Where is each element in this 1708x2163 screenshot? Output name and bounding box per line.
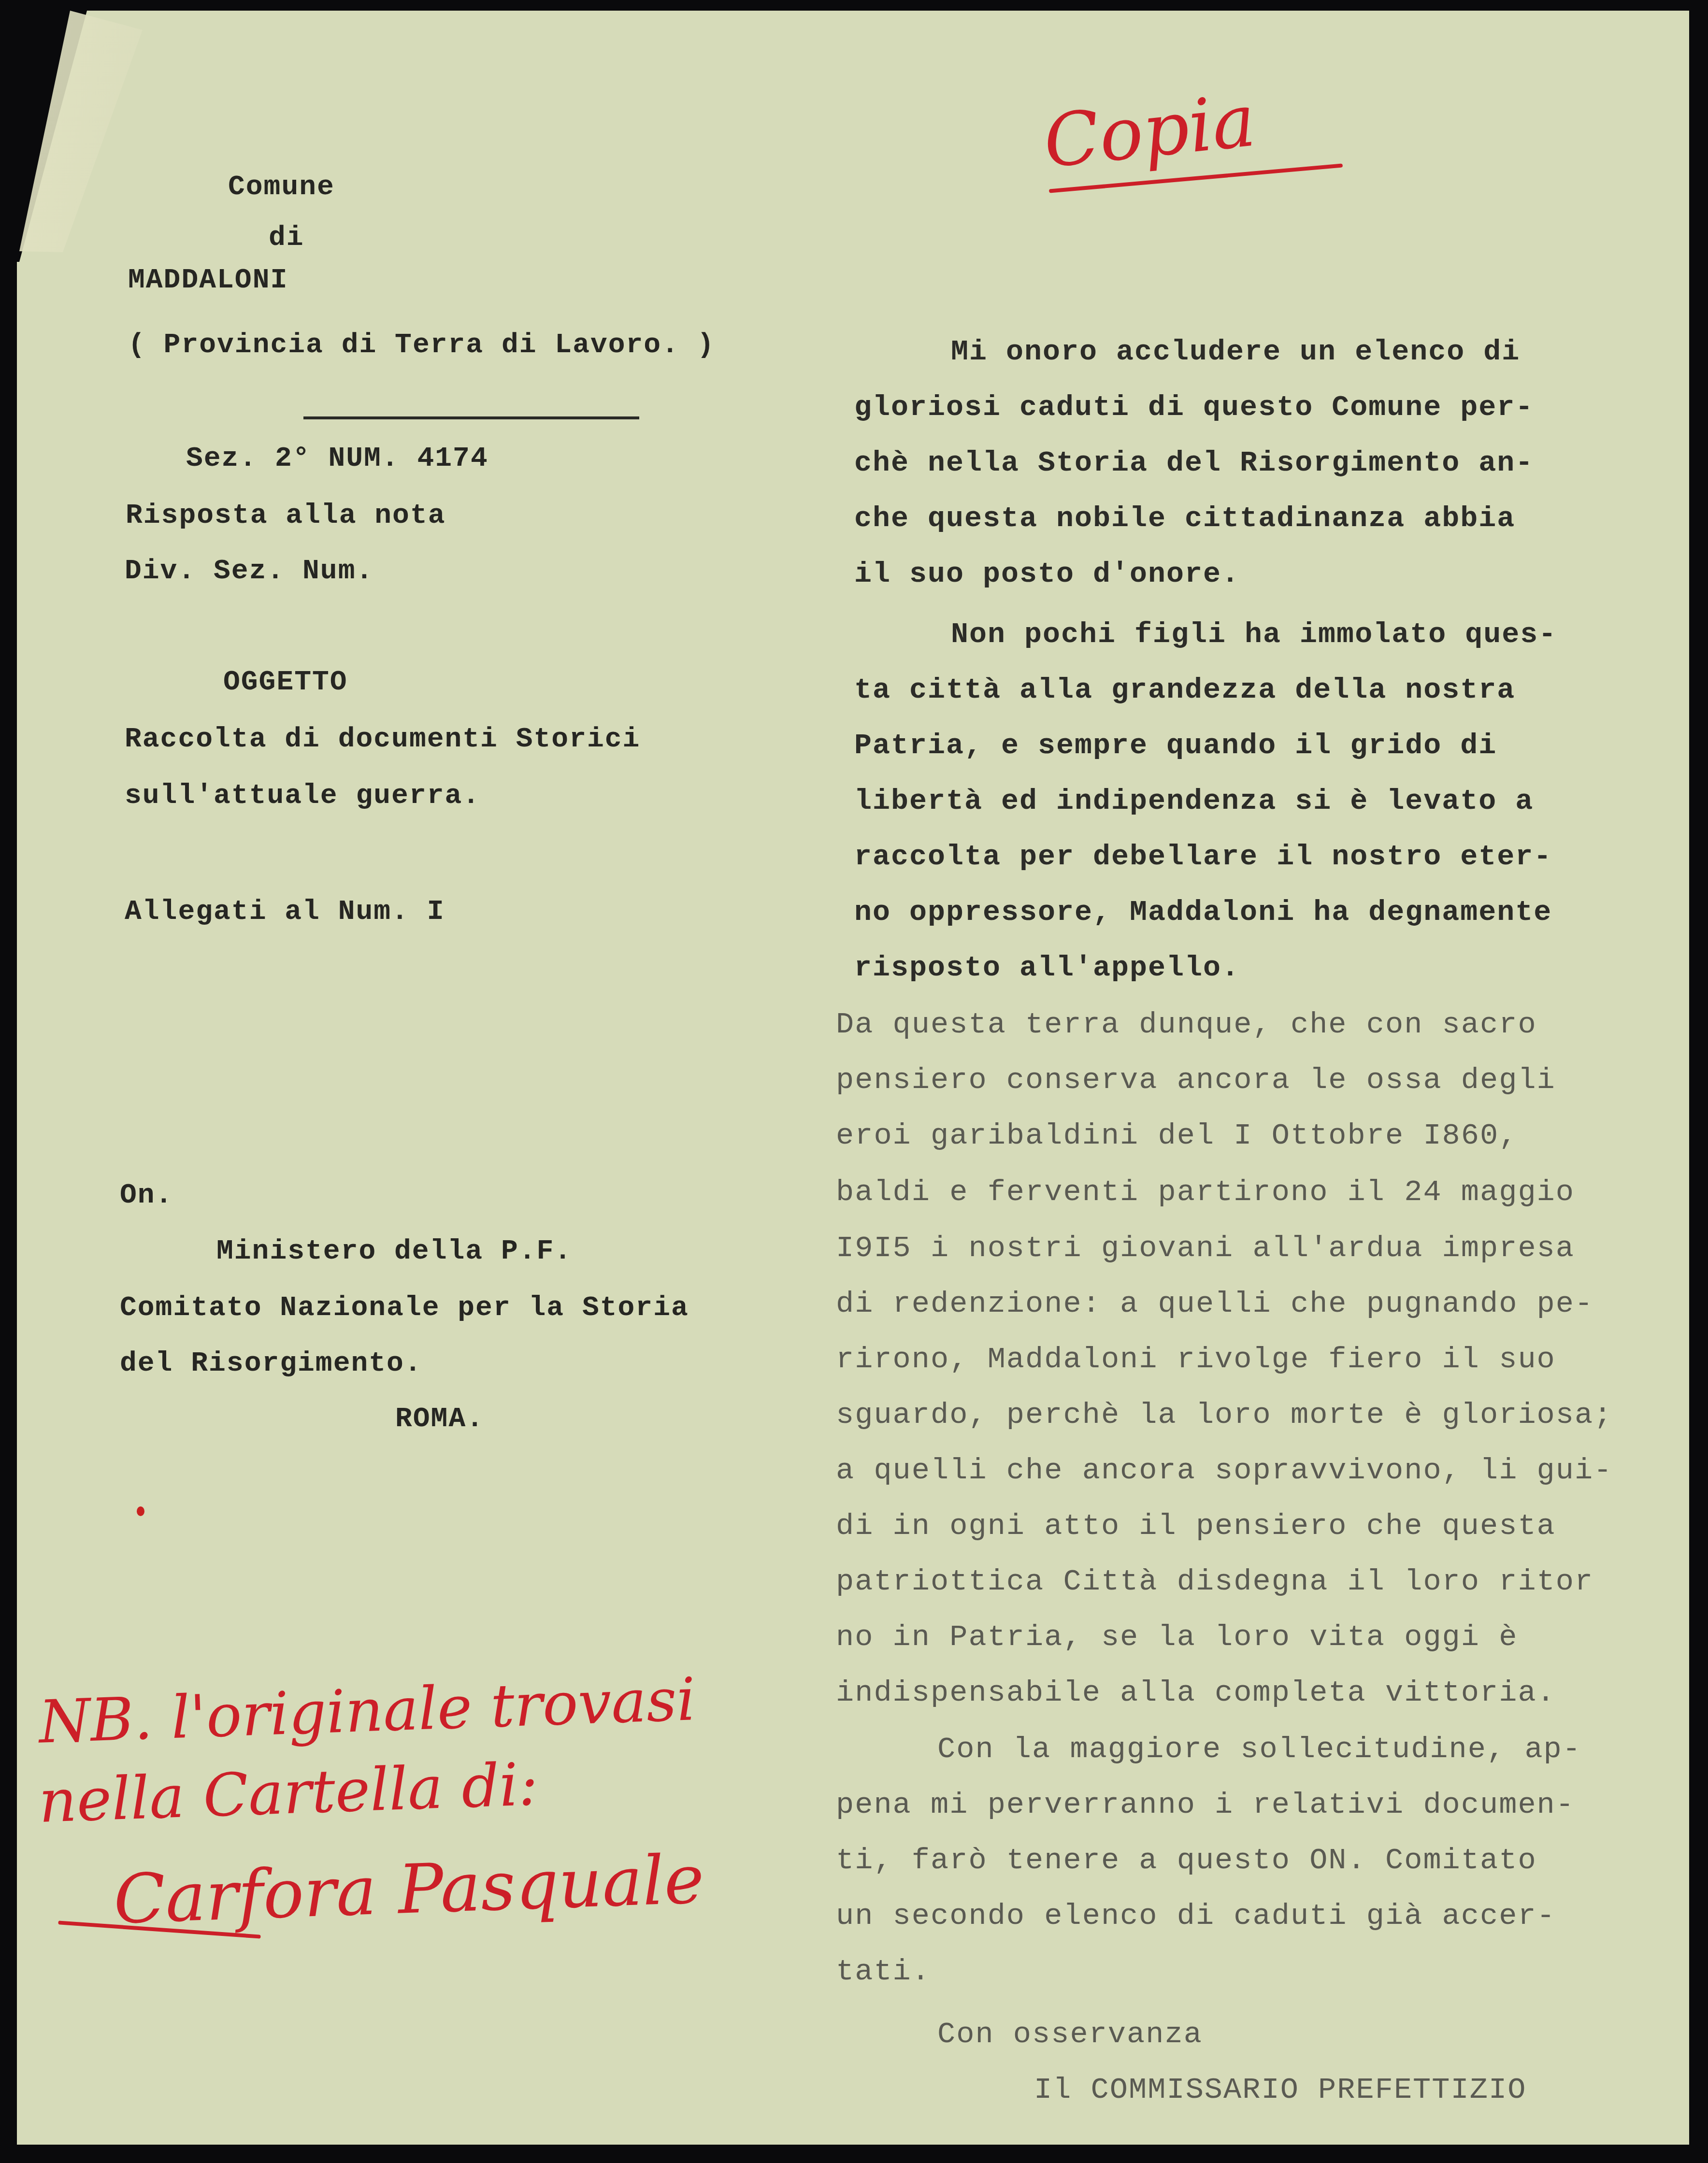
red-ink-dot — [137, 1506, 144, 1516]
body-p3-l11: patriottica Città disdegna il loro ritor — [836, 1564, 1593, 1599]
body-p1-l3: chè nella Storia del Risorgimento an- — [854, 447, 1534, 480]
subject-line-1: Raccolta di documenti Storici — [125, 724, 640, 755]
body-p1-l5: il suo posto d'onore. — [854, 558, 1240, 591]
addressee-line-1: Ministero della P.F. — [216, 1236, 572, 1267]
body-p4-l4: un secondo elenco di caduti già accer- — [836, 1899, 1556, 1933]
body-p3-l1: Da questa terra dunque, che con sacro — [836, 1007, 1537, 1042]
body-p3-l3: eroi garibaldini del I Ottobre I860, — [836, 1118, 1518, 1153]
body-p2-l6: no oppressore, Maddaloni ha degnamente — [854, 896, 1552, 929]
body-p3-l10: di in ogni atto il pensiero che questa — [836, 1509, 1556, 1543]
body-p1-l4: che questa nobile cittadinanza abbia — [854, 502, 1515, 535]
subject-line-2: sull'attuale guerra. — [125, 780, 480, 812]
letterhead-city: MADDALONI — [128, 265, 288, 296]
body-p4-l2: pena mi perverranno i relativi documen- — [836, 1788, 1575, 1822]
body-p4-l5: tati. — [836, 1954, 931, 1989]
body-p3-l8: sguardo, perchè la loro morte è gloriosa… — [836, 1398, 1612, 1432]
body-p3-l7: rirono, Maddaloni rivolge fiero il suo — [836, 1342, 1556, 1376]
body-p3-l9: a quelli che ancora sopravvivono, li gui… — [836, 1453, 1612, 1488]
subject-label: OGGETTO — [223, 667, 348, 698]
letterhead-province: ( Provincia di Terra di Lavoro. ) — [128, 329, 715, 361]
addressee-line-3: del Risorgimento. — [120, 1348, 422, 1379]
body-p3-l6: di redenzione: a quelli che pugnando pe- — [836, 1287, 1593, 1321]
body-p2-l3: Patria, e sempre quando il grido di — [854, 730, 1497, 762]
body-p2-l7: risposto all'appello. — [854, 952, 1240, 985]
header-divider — [303, 416, 639, 419]
body-p3-l2: pensiero conserva ancora le ossa degli — [836, 1063, 1556, 1097]
protocol-number: Sez. 2° NUM. 4174 — [186, 443, 488, 474]
reply-to-label: Risposta alla nota — [126, 500, 446, 531]
body-p2-l5: raccolta per debellare il nostro eter- — [854, 841, 1552, 874]
div-sez-num-label: Div. Sez. Num. — [125, 556, 373, 587]
attachments-label: Allegati al Num. I — [125, 896, 445, 928]
body-p4-l3: ti, farò tenere a questo ON. Comitato — [836, 1843, 1537, 1877]
letterhead-comune: Comune — [228, 172, 335, 203]
body-p2-l4: libertà ed indipendenza si è levato a — [854, 785, 1534, 818]
addressee-city: ROMA. — [395, 1404, 484, 1435]
body-p1-l1: Mi onoro accludere un elenco di — [951, 336, 1520, 369]
body-p2-l2: ta città alla grandezza della nostra — [854, 674, 1515, 707]
body-p1-l2: gloriosi caduti di questo Comune per- — [854, 391, 1534, 424]
body-p3-l4: baldi e ferventi partirono il 24 maggio — [836, 1175, 1575, 1209]
addressee-salutation: On. — [120, 1180, 173, 1211]
letterhead-di: di — [269, 222, 304, 254]
body-p4-l1: Con la maggiore sollecitudine, ap- — [937, 1732, 1581, 1766]
body-p3-l12: no in Patria, se la loro vita oggi è — [836, 1620, 1518, 1654]
signature-title: Il COMMISSARIO PREFETTIZIO — [1034, 2073, 1526, 2107]
body-p3-l13: indispensabile alla completa vittoria. — [836, 1676, 1556, 1710]
body-p2-l1: Non pochi figli ha immolato ques- — [951, 618, 1557, 651]
closing: Con osservanza — [937, 2017, 1203, 2051]
addressee-line-2: Comitato Nazionale per la Storia — [120, 1292, 689, 1324]
body-p3-l5: I9I5 i nostri giovani all'ardua impresa — [836, 1231, 1575, 1265]
